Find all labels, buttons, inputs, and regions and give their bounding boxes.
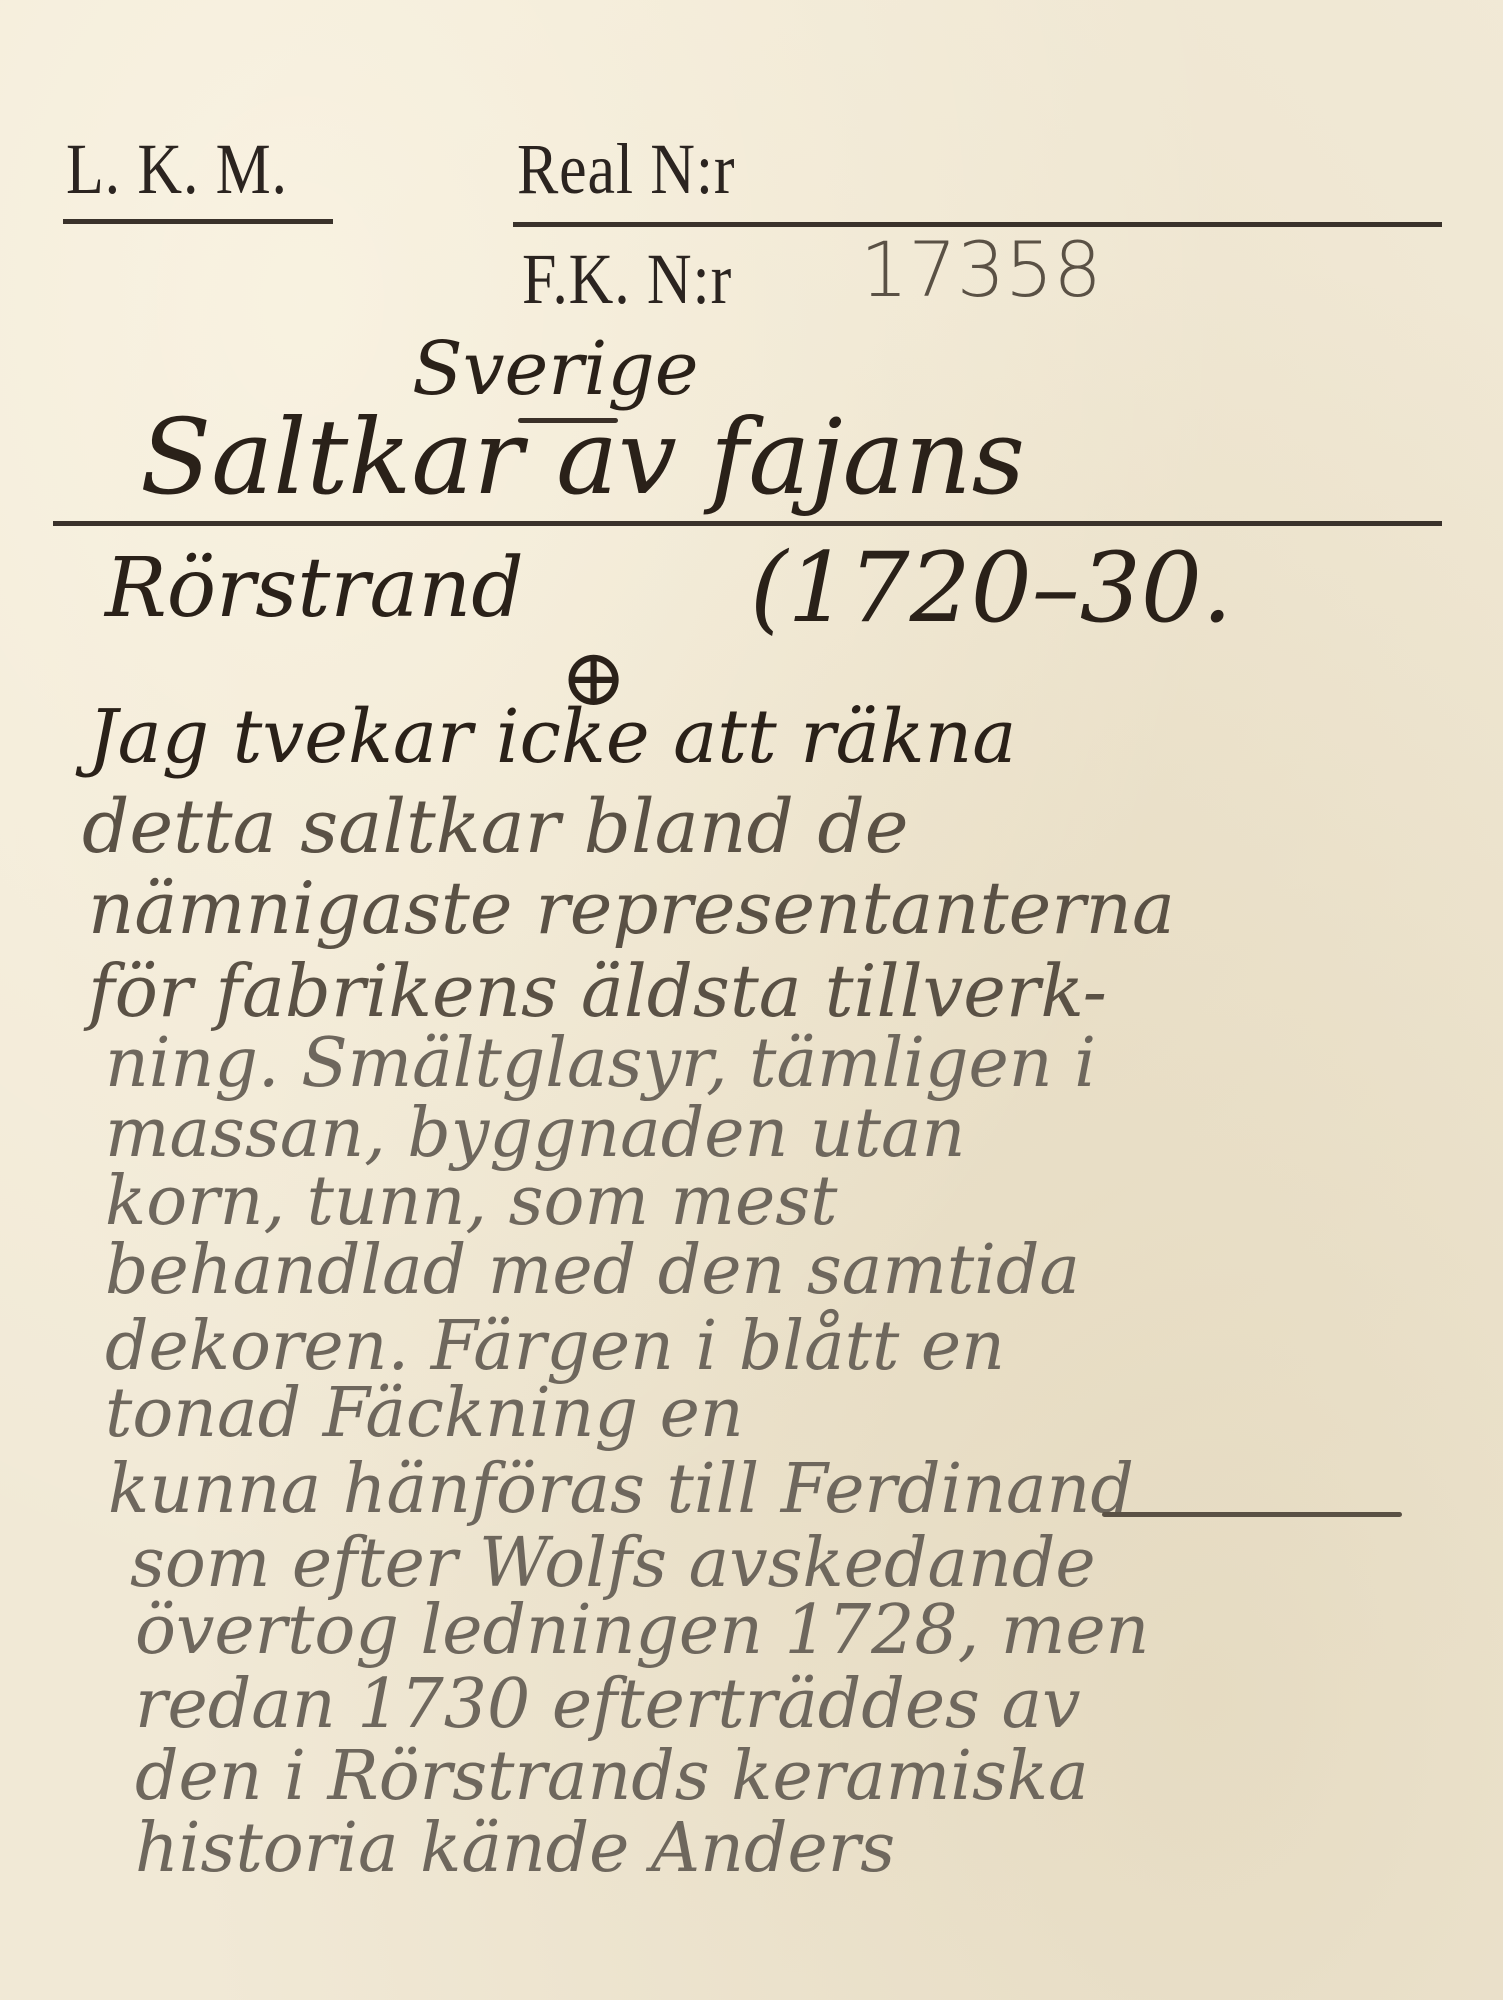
body-line: nämnigaste representanterna (88, 872, 1175, 944)
body-line: tonad Fäckning en (105, 1380, 744, 1448)
body-line: behandlad med den samtida (105, 1237, 1080, 1305)
body-line: den i Rörstrands keramiska (135, 1743, 1089, 1811)
title-rule (53, 521, 1442, 526)
catalog-card: L. K. M. Real N:r F.K. N:r 17358 Sverige… (0, 0, 1503, 2000)
body-line: dekoren. Färgen i blått en (105, 1313, 1005, 1381)
body-line: övertog ledningen 1728, men (135, 1597, 1149, 1665)
body-line: för fabrikens äldsta tillverk- (88, 955, 1107, 1027)
body-line: som efter Wolfs avskedande (130, 1530, 1096, 1598)
body-line: korn, tunn, som mest (105, 1168, 838, 1236)
body-line: massan, byggnaden utan (105, 1100, 965, 1168)
body-line: redan 1730 efterträddes av (135, 1671, 1081, 1739)
body-line: ning. Smältglasyr, tämligen i (105, 1030, 1096, 1098)
body-line: detta saltkar bland de (82, 790, 909, 864)
fk-nr-value: 17358 (860, 232, 1102, 308)
date-text: (1720–30. (750, 540, 1232, 636)
place-text: Rörstrand (105, 548, 524, 630)
body-line: kunna hänföras till Ferdinand (108, 1456, 1134, 1524)
lkm-rule (63, 219, 333, 224)
object-title: Saltkar av fajans (140, 405, 1025, 509)
body-line: historia kände Anders (135, 1815, 895, 1883)
fk-nr-label: F.K. N:r (522, 243, 732, 315)
body-line: Jag tvekar icke att räkna (88, 700, 1016, 774)
lkm-label: L. K. M. (66, 133, 288, 205)
country-text: Sverige (412, 332, 699, 406)
real-nr-label: Real N:r (517, 133, 735, 205)
ferdinand-underline (1102, 1512, 1402, 1517)
